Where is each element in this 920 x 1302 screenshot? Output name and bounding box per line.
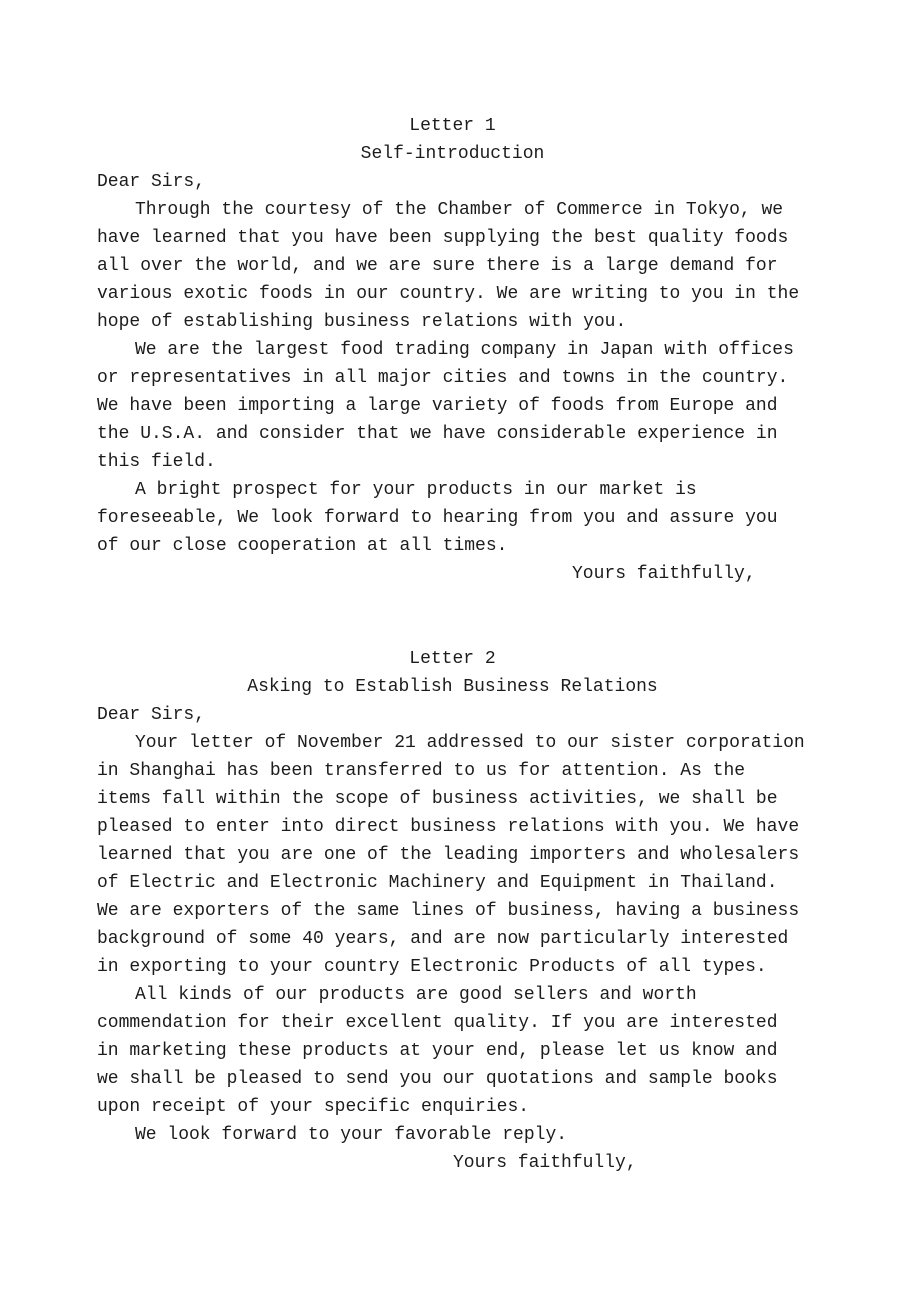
letter-line: A bright prospect for your products in o… [97, 476, 808, 504]
letter-line: all over the world, and we are sure ther… [97, 252, 808, 280]
closing: Yours faithfully, [97, 560, 808, 588]
letter-line: have learned that you have been supplyin… [97, 224, 808, 252]
letter-body: Your letter of November 21 addressed to … [97, 729, 808, 1149]
letter-line: in Shanghai has been transferred to us f… [97, 757, 808, 785]
closing: Yours faithfully, [97, 1149, 808, 1177]
salutation: Dear Sirs, [97, 701, 808, 729]
letter-line: of Electric and Electronic Machinery and… [97, 869, 808, 897]
letter-line: this field. [97, 448, 808, 476]
letter-line: We are the largest food trading company … [97, 336, 808, 364]
paragraph: Your letter of November 21 addressed to … [97, 729, 808, 981]
paragraph: We are the largest food trading company … [97, 336, 808, 476]
letter-line: various exotic foods in our country. We … [97, 280, 808, 308]
letter-line: items fall within the scope of business … [97, 785, 808, 813]
letter-line: in marketing these products at your end,… [97, 1037, 808, 1065]
paragraph: All kinds of our products are good selle… [97, 981, 808, 1121]
document-page: Letter 1 Self-introduction Dear Sirs, Th… [0, 0, 920, 1302]
letter-line: learned that you are one of the leading … [97, 841, 808, 869]
salutation: Dear Sirs, [97, 168, 808, 196]
letter: Letter 2 Asking to Establish Business Re… [97, 645, 808, 1177]
letter-line: foreseeable, We look forward to hearing … [97, 504, 808, 532]
letter-line: We look forward to your favorable reply. [97, 1121, 808, 1149]
letter-line: in exporting to your country Electronic … [97, 953, 808, 981]
letter-line: upon receipt of your specific enquiries. [97, 1093, 808, 1121]
letter-title: Letter 1 [97, 112, 808, 140]
letter-line: or representatives in all major cities a… [97, 364, 808, 392]
letter-subtitle: Asking to Establish Business Relations [97, 673, 808, 701]
letter-line: the U.S.A. and consider that we have con… [97, 420, 808, 448]
paragraph: A bright prospect for your products in o… [97, 476, 808, 560]
letter-line: pleased to enter into direct business re… [97, 813, 808, 841]
letter-line: background of some 40 years, and are now… [97, 925, 808, 953]
letters-container: Letter 1 Self-introduction Dear Sirs, Th… [97, 112, 808, 1177]
letter-line: Through the courtesy of the Chamber of C… [97, 196, 808, 224]
letter-line: hope of establishing business relations … [97, 308, 808, 336]
letter: Letter 1 Self-introduction Dear Sirs, Th… [97, 112, 808, 588]
letter-line: All kinds of our products are good selle… [97, 981, 808, 1009]
paragraph: We look forward to your favorable reply. [97, 1121, 808, 1149]
letter-line: we shall be pleased to send you our quot… [97, 1065, 808, 1093]
letter-line: Your letter of November 21 addressed to … [97, 729, 808, 757]
letter-line: We have been importing a large variety o… [97, 392, 808, 420]
letter-body: Through the courtesy of the Chamber of C… [97, 196, 808, 560]
letter-subtitle: Self-introduction [97, 140, 808, 168]
letter-line: of our close cooperation at all times. [97, 532, 808, 560]
letter-title: Letter 2 [97, 645, 808, 673]
paragraph: Through the courtesy of the Chamber of C… [97, 196, 808, 336]
letter-line: commendation for their excellent quality… [97, 1009, 808, 1037]
letter-line: We are exporters of the same lines of bu… [97, 897, 808, 925]
